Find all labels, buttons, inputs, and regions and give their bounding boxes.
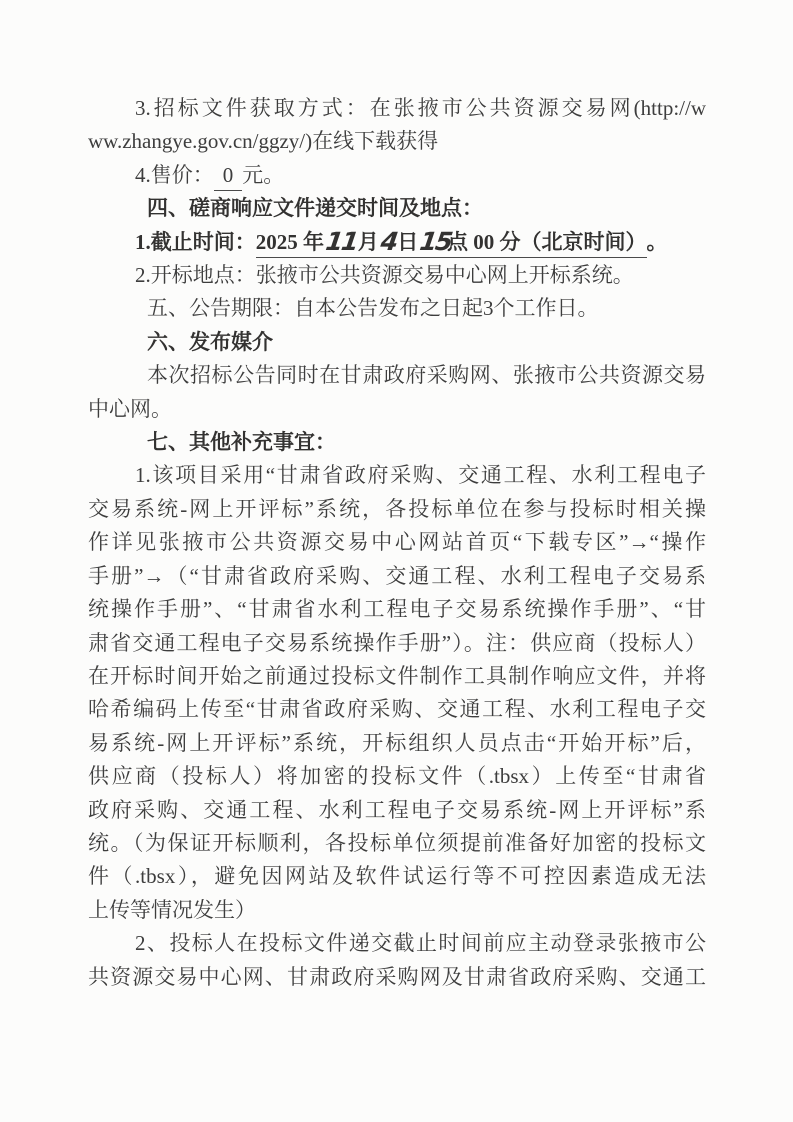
line-item1-p6: 肃省交通工程电子交易系统操作手册”）。注：供应商（投标人） — [88, 627, 706, 660]
line-item1-p5: 统操作手册”、“甘肃省水利工程电子交易系统操作手册”、“甘 — [88, 593, 706, 626]
heading-section-6-publish-media: 六、发布媒介 — [88, 326, 706, 359]
deadline-tail: 点 00 分（北京时间） — [447, 230, 647, 254]
heading-section-7-other-matters: 七、其他补充事宜： — [88, 426, 706, 459]
line-price: 4.售价：0元。 — [88, 159, 706, 192]
deadline-month-unit: 月 — [358, 230, 379, 254]
line-opening-location: 2.开标地点：张掖市公共资源交易中心网上开标系统。 — [88, 259, 706, 292]
deadline-period: 。 — [647, 230, 668, 254]
line-item1-p13: 件（.tbsx），避免因网站及软件试运行等不可控因素造成无法 — [88, 860, 706, 893]
line-item1-p12: 统。（为保证开标顺利，各投标单位须提前准备好加密的投标文 — [88, 827, 706, 860]
line-file-obtain-url-continued: ww.zhangye.gov.cn/ggzy/)在线下载获得 — [88, 125, 706, 158]
line-item1-p1: 1.该项目采用“甘肃省政府采购、交通工程、水利工程电子 — [88, 459, 706, 492]
line-item1-p10: 供应商（投标人）将加密的投标文件（.tbsx）上传至“甘肃省 — [88, 760, 706, 793]
line-item1-p2: 交易系统-网上开评标”系统，各投标单位在参与投标时相关操 — [88, 493, 706, 526]
line-item2-p1: 2、投标人在投标文件递交截止时间前应主动登录张掖市公 — [88, 927, 706, 960]
line-item1-p8: 哈希编码上传至“甘肃省政府采购、交通工程、水利工程电子交 — [88, 693, 706, 726]
deadline-day-unit: 日 — [397, 230, 418, 254]
price-suffix: 元。 — [242, 163, 284, 187]
line-item1-p14: 上传等情况发生） — [88, 894, 706, 927]
line-item1-p11: 政府采购、交通工程、水利工程电子交易系统-网上开评标”系 — [88, 794, 706, 827]
line-section-5-announcement-period: 五、公告期限：自本公告发布之日起3个工作日。 — [88, 292, 706, 325]
scanned-page: 3.招标文件获取方式：在张掖市公共资源交易网(http://w ww.zhang… — [0, 0, 793, 1122]
heading-section-4-submission-time: 四、磋商响应文件递交时间及地点： — [88, 192, 706, 225]
line-deadline: 1.截止时间：2025 年11月4日15点 00 分（北京时间）。 — [88, 226, 706, 259]
line-item1-p7: 在开标时间开始之前通过投标文件制作工具制作响应文件，并将 — [88, 660, 706, 693]
line-publish-media-body-continued: 中心网。 — [88, 393, 706, 426]
line-file-obtain-method: 3.招标文件获取方式：在张掖市公共资源交易网(http://w — [88, 92, 706, 125]
price-value-underlined: 0 — [214, 161, 243, 191]
line-item1-p4: 手册”→（“甘肃省政府采购、交通工程、水利工程电子交易系 — [88, 560, 706, 593]
line-item1-p3: 作详见张掖市公共资源交易中心网站首页“下载专区”→“操作 — [88, 526, 706, 559]
handwritten-month-digits: 11 — [324, 229, 358, 254]
line-item2-p2: 共资源交易中心网、甘肃政府采购网及甘肃省政府采购、交通工 — [88, 961, 706, 994]
handwritten-hour-digits: 15 — [418, 229, 452, 254]
deadline-year: 2025 年 — [256, 230, 324, 254]
price-label: 4.售价： — [135, 163, 214, 187]
handwritten-day-digit: 4 — [379, 229, 398, 254]
deadline-label: 1.截止时间： — [135, 230, 256, 254]
line-item1-p9: 易系统-网上开评标”系统，开标组织人员点击“开始开标”后， — [88, 727, 706, 760]
deadline-value-underlined: 2025 年11月4日15点 00 分（北京时间） — [256, 228, 647, 258]
document-content: 3.招标文件获取方式：在张掖市公共资源交易网(http://w ww.zhang… — [88, 92, 706, 994]
line-publish-media-body: 本次招标公告同时在甘肃政府采购网、张掖市公共资源交易 — [88, 359, 706, 392]
